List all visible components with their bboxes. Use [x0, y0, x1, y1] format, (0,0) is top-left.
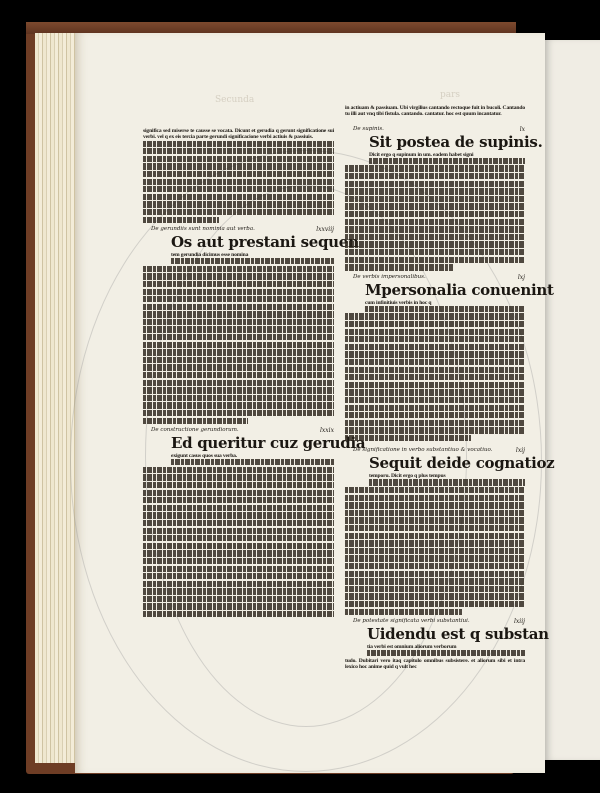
text-lines [143, 588, 334, 594]
text-lines [345, 389, 525, 395]
text-lines [143, 319, 334, 325]
text-lines [143, 156, 334, 162]
paragraph-closing: tudo. Dubitari vero itaq capitulo omnibu… [345, 658, 525, 671]
rubric-text: De verbis impersonalibus. [353, 274, 426, 281]
text-lines [143, 410, 334, 416]
text-lines [143, 148, 334, 154]
text-lines [143, 364, 334, 370]
text-lines [143, 289, 334, 295]
text-lines [143, 581, 334, 587]
text-lines [143, 573, 334, 579]
text-lines [143, 311, 334, 317]
text-lines [143, 326, 334, 332]
section-rubric: De verbis impersonalibus. lxj [345, 274, 525, 281]
text-lines [345, 525, 525, 531]
text-lines [143, 611, 334, 617]
text-lines [369, 479, 525, 485]
text-lines [345, 196, 525, 202]
section-heading: Mpersonalia conuenint [365, 282, 525, 298]
folio-mark: lxiij [514, 618, 525, 625]
text-lines [345, 321, 525, 327]
text-lines [143, 387, 334, 393]
text-lines [143, 543, 334, 549]
rubric-text: De potestate significata verbi substanti… [353, 618, 470, 625]
section-heading: Os aut prestani sequen [171, 234, 334, 250]
section-rubric: De supinis. lx [345, 126, 525, 133]
text-lines [345, 405, 525, 411]
text-lines [143, 209, 334, 215]
text-lines [345, 586, 525, 592]
text-lines [143, 171, 334, 177]
text-lines [345, 241, 525, 247]
text-lines [143, 418, 248, 424]
section-heading: Ed queritur cuz gerudia [171, 435, 334, 451]
text-lines [345, 495, 525, 501]
text-lines [143, 372, 334, 378]
text-lines [143, 380, 334, 386]
text-lines [345, 571, 525, 577]
text-lines [143, 512, 334, 518]
running-head-right: pars [440, 90, 460, 100]
text-lines [143, 163, 334, 169]
folio-mark: lxxviij [316, 226, 334, 233]
text-lines [345, 517, 525, 523]
text-lines [143, 273, 334, 279]
text-lines [171, 459, 334, 465]
text-lines [345, 211, 525, 217]
text-lines [345, 313, 525, 319]
text-lines [345, 234, 525, 240]
text-lines [345, 382, 525, 388]
text-lines [143, 342, 334, 348]
text-lines [345, 188, 525, 194]
text-lines [345, 420, 525, 426]
rubric-text: De constructione gerundiorum. [151, 427, 239, 434]
text-lines [143, 349, 334, 355]
text-lines [345, 609, 462, 615]
text-lines [171, 258, 334, 264]
text-lines [345, 264, 453, 270]
text-lines [143, 566, 334, 572]
section-heading: Uidendu est q substan [367, 626, 525, 642]
text-lines [345, 593, 525, 599]
text-lines [345, 359, 525, 365]
text-lines [143, 266, 334, 272]
text-lines [143, 497, 334, 503]
rubric-text: De supinis. [353, 126, 384, 133]
section-rubric: De gerundiis sunt nominia aut verba. lxx… [143, 226, 334, 233]
text-lines [345, 555, 525, 561]
text-lines [345, 226, 525, 232]
text-lines [143, 490, 334, 496]
text-lines [143, 528, 334, 534]
text-lines [143, 402, 334, 408]
text-lines [143, 357, 334, 363]
section-heading: Sit postea de supinis. [369, 134, 525, 150]
folio-mark: lxj [518, 274, 525, 281]
facing-leaf [545, 40, 600, 760]
text-lines [143, 474, 334, 480]
text-lines [345, 548, 525, 554]
text-lines [365, 306, 525, 312]
section-rubric: De potestate significata verbi substanti… [345, 618, 525, 625]
text-lines [345, 601, 525, 607]
text-lines [143, 201, 334, 207]
section-heading: Sequit deide cognatioz [369, 455, 525, 471]
text-lines [143, 558, 334, 564]
text-lines [143, 179, 334, 185]
text-lines [143, 141, 334, 147]
text-lines [143, 395, 334, 401]
text-lines [345, 412, 525, 418]
text-lines [345, 257, 525, 263]
text-lines [345, 487, 525, 493]
text-lines [143, 334, 334, 340]
text-lines [143, 482, 334, 488]
text-lines [345, 367, 525, 373]
text-column-right: in actiuam & passiuam. Ubi virgilius can… [345, 105, 525, 670]
section-rubric: De constructione gerundiorum. lxxix [143, 427, 334, 434]
text-lines [345, 165, 525, 171]
text-lines [143, 186, 334, 192]
text-lines [143, 535, 334, 541]
text-lines [345, 435, 471, 441]
paragraph-opening: significa sed miserse te causse se vocat… [143, 128, 334, 141]
section-rubric: De significatione in verbo substantiuo &… [345, 447, 525, 454]
text-lines [143, 505, 334, 511]
text-lines [143, 296, 334, 302]
running-head-left: Secunda [215, 95, 254, 105]
rubric-text: De significatione in verbo substantiuo &… [353, 447, 493, 454]
text-lines [345, 578, 525, 584]
text-lines [345, 502, 525, 508]
rubric-text: De gerundiis sunt nominia aut verba. [151, 226, 255, 233]
folio-mark: lx [520, 126, 525, 133]
text-lines [345, 374, 525, 380]
text-lines [345, 351, 525, 357]
text-column-left: significa sed miserse te causse se vocat… [143, 128, 334, 619]
text-lines [345, 540, 525, 546]
text-lines [345, 533, 525, 539]
text-lines [345, 249, 525, 255]
text-lines [367, 650, 525, 656]
text-lines [345, 397, 525, 403]
text-lines [345, 427, 525, 433]
text-lines [143, 304, 334, 310]
text-lines [345, 173, 525, 179]
text-lines [143, 217, 219, 223]
text-lines [143, 550, 334, 556]
text-lines [345, 329, 525, 335]
folio-mark: lxxix [320, 427, 334, 434]
text-lines [369, 158, 525, 164]
text-lines [143, 194, 334, 200]
text-lines [143, 596, 334, 602]
text-lines [345, 563, 525, 569]
text-lines [345, 510, 525, 516]
paragraph-opening: in actiuam & passiuam. Ubi virgilius can… [345, 105, 525, 118]
text-lines [345, 203, 525, 209]
text-lines [143, 281, 334, 287]
text-lines [345, 344, 525, 350]
text-lines [345, 336, 525, 342]
text-lines [143, 603, 334, 609]
text-lines [143, 467, 334, 473]
text-lines [143, 520, 334, 526]
text-lines [345, 219, 525, 225]
text-lines [345, 181, 525, 187]
folio-mark: lxij [516, 447, 525, 454]
